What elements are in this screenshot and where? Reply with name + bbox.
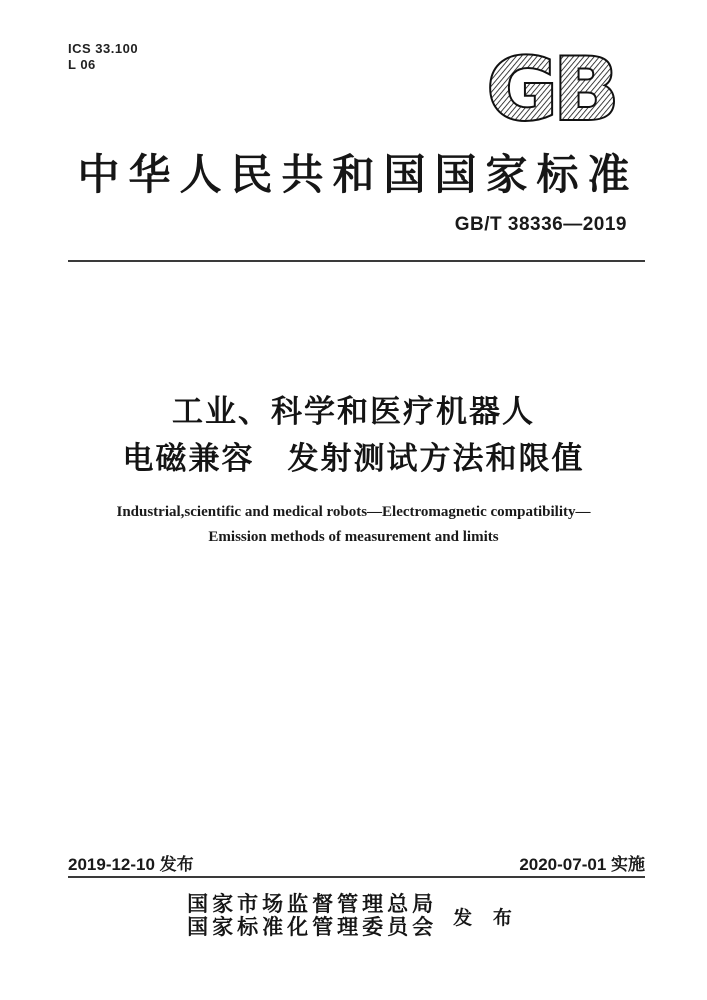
publish-label: 发 布 [453,903,520,930]
issuer-names: 国家市场监督管理总局 国家标准化管理委员会 [187,893,437,939]
document-title-chinese-line1: 工业、科学和医疗机器人 [0,388,707,435]
document-title-english-line1: Industrial,scientific and medical robots… [0,500,707,525]
national-standard-heading: 中华人民共和国国家标准 [0,142,707,202]
gb-logo-icon: GB [460,48,642,126]
ics-code: ICS 33.100 [68,41,138,57]
issuer-line2: 国家标准化管理委员会 [187,916,437,939]
header-divider-line [68,260,645,262]
footer-divider-line [68,876,645,878]
document-title-english: Industrial,scientific and medical robots… [0,500,707,550]
document-title-english-line2: Emission methods of measurement and limi… [0,525,707,550]
ics-block: ICS 33.100 L 06 [68,41,138,73]
issuer-block: 国家市场监督管理总局 国家标准化管理委员会 发 布 [0,893,707,939]
document-title-chinese-line2: 电磁兼容 发射测试方法和限值 [0,435,707,482]
gb-logo-text: GB [487,48,615,126]
standard-number: GB/T 38336—2019 [455,214,627,236]
issue-date: 2019-12-10 发布 [68,850,194,875]
issuer-line1: 国家市场监督管理总局 [187,893,437,916]
dates-row: 2019-12-10 发布 2020-07-01 实施 [68,850,645,875]
classification-code: L 06 [68,57,138,73]
document-title-chinese: 工业、科学和医疗机器人 电磁兼容 发射测试方法和限值 [0,388,707,482]
implementation-date: 2020-07-01 实施 [519,850,645,875]
standard-cover-page: ICS 33.100 L 06 GB 中华人民共和国国家标准 GB/T 3833… [0,0,707,1000]
